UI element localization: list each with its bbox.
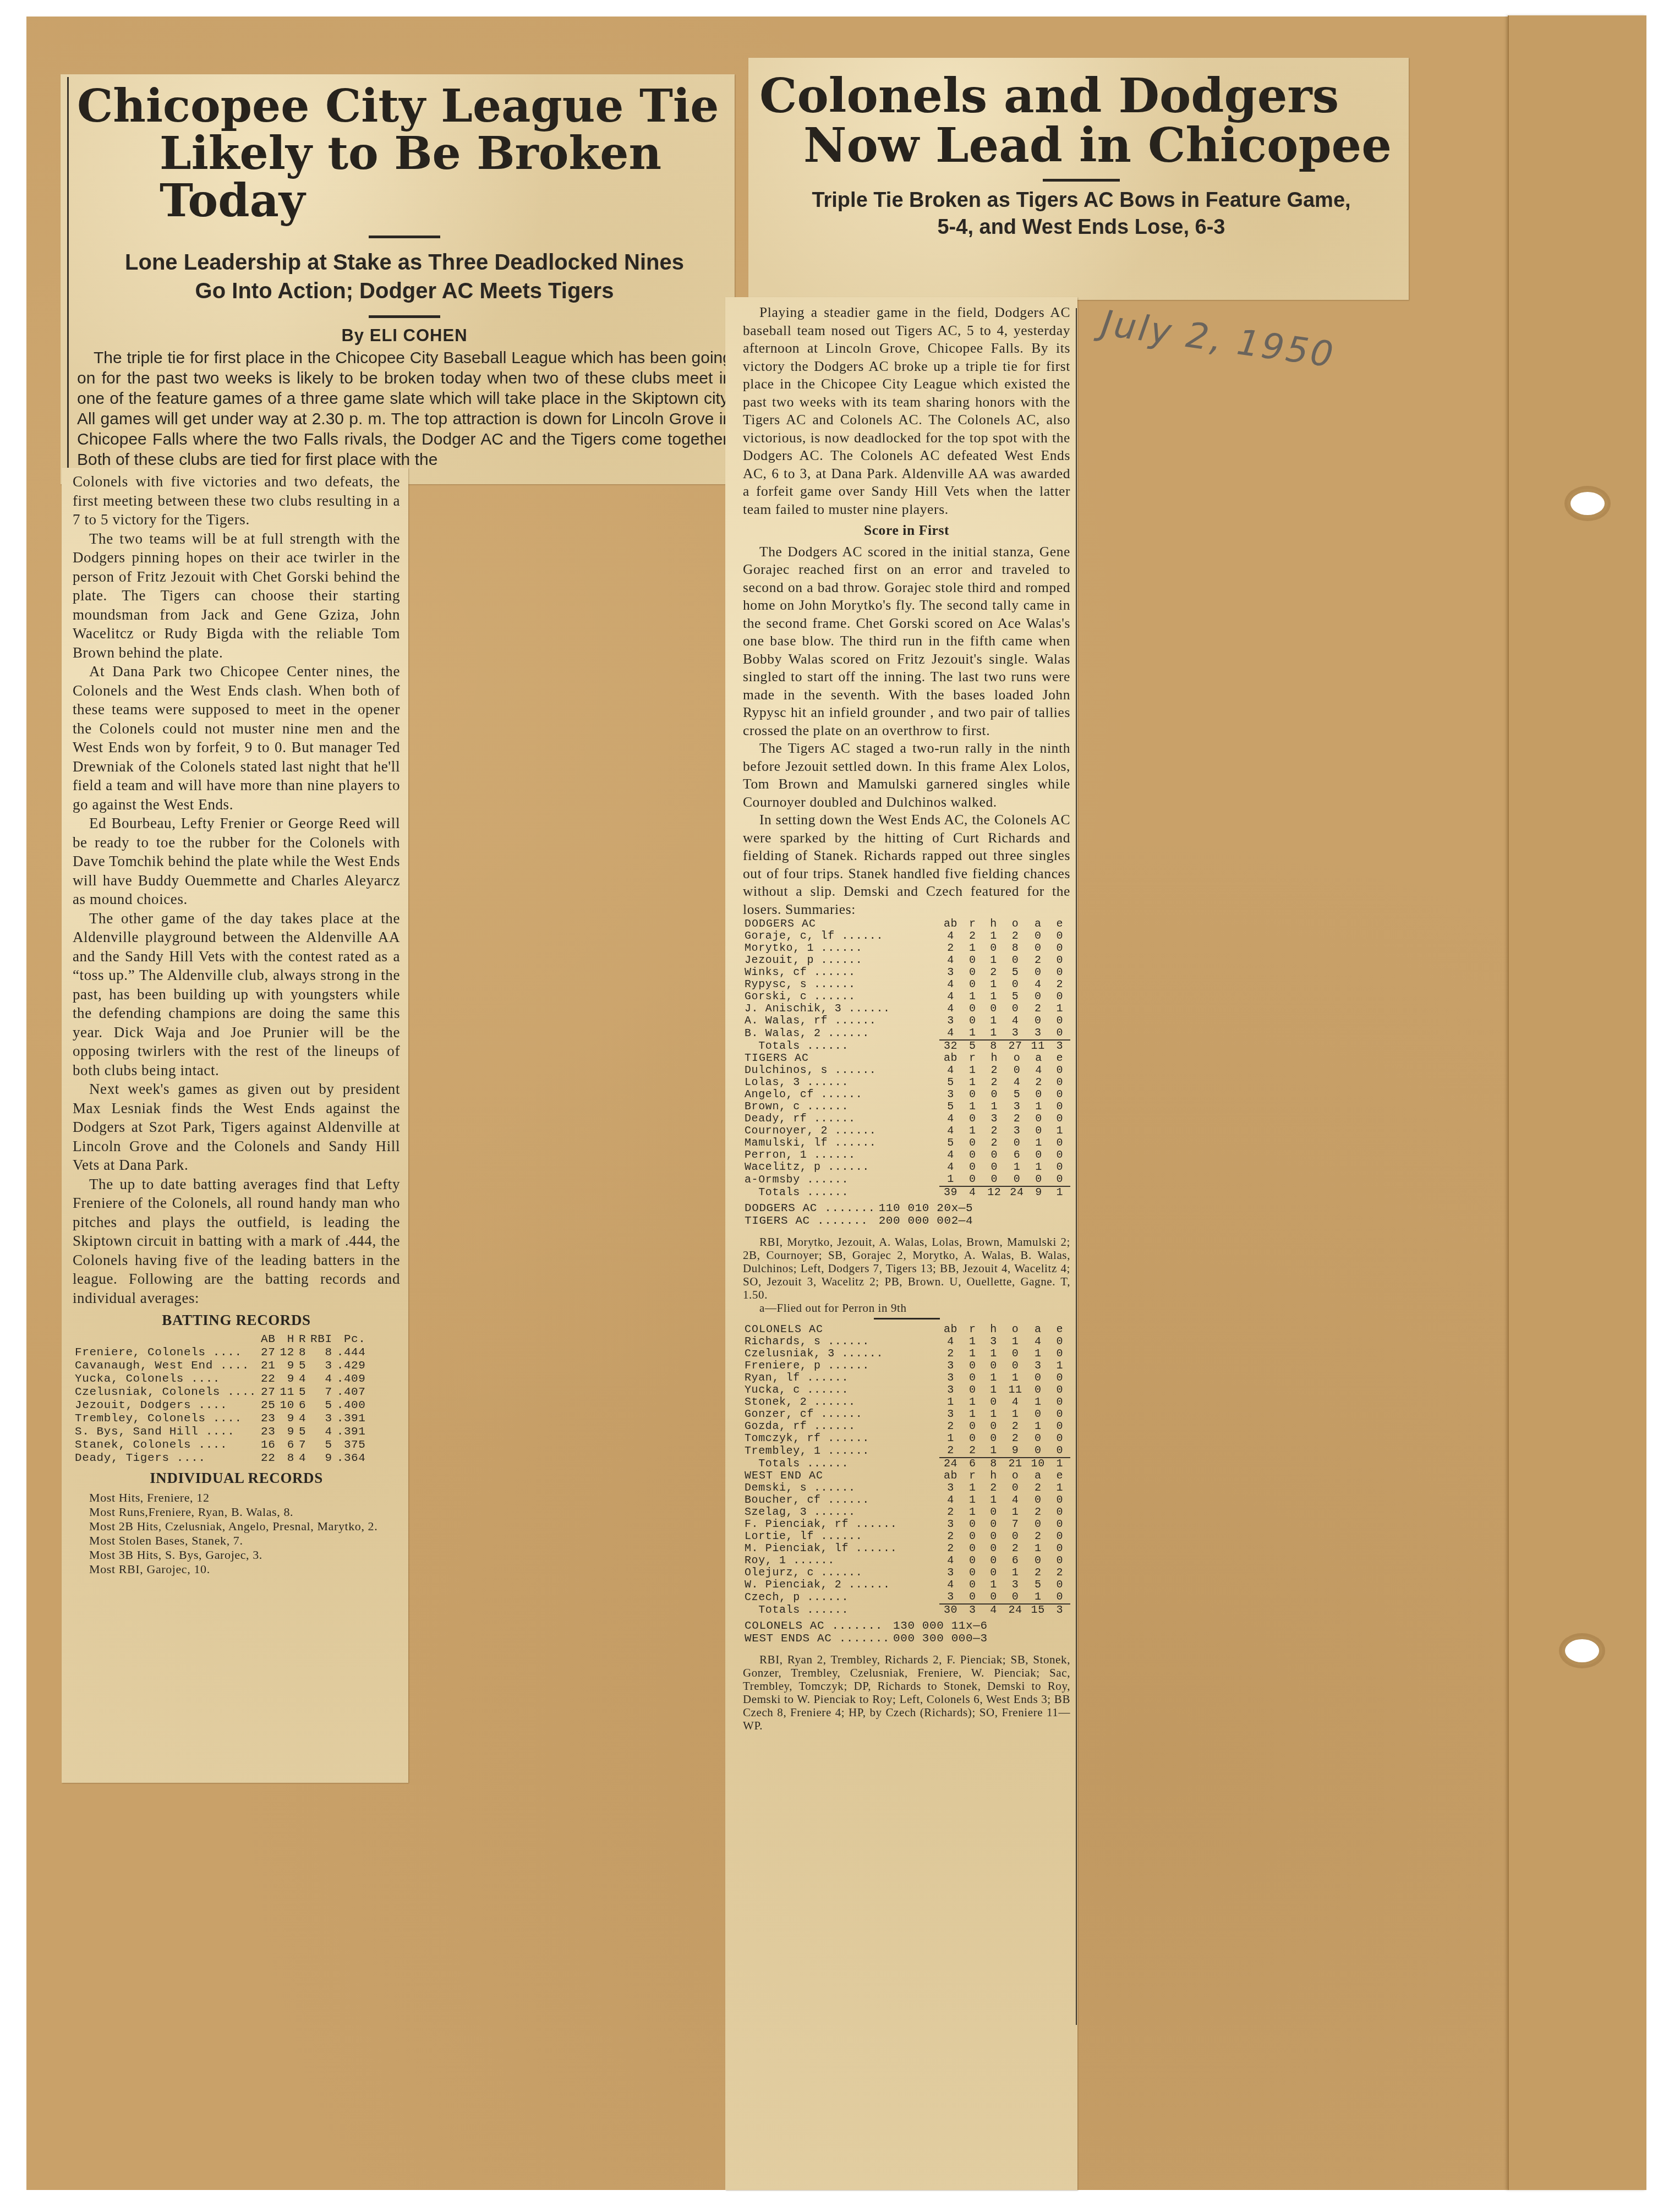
player-name: W. Pienciak, 2 ...... [743,1579,939,1591]
stat-h: 10 [277,1399,296,1412]
total-value: 12 [983,1186,1005,1199]
byline: By ELI COHEN [77,326,732,346]
article-paragraph: The Tigers AC staged a two-run rally in … [743,740,1070,811]
stat-value: 0 [1027,930,1049,943]
total-value: 6 [962,1458,983,1470]
totals-label: Totals ...... [743,1186,939,1199]
stat-value: 0 [1004,1591,1027,1604]
stat-value: 0 [983,1421,1004,1433]
total-value: 9 [1028,1186,1049,1199]
stat-value: 0 [962,1421,983,1433]
stat-h: 9 [277,1426,296,1439]
stat-value: 0 [983,1089,1005,1101]
table-row: Cournoyer, 2 ......412301 [743,1125,1070,1137]
stat-value: 1 [983,930,1004,943]
stat-value: 1 [962,1494,983,1507]
table-row: Jezouit, p ......401020 [743,955,1070,967]
innings: 130 000 11x—6 [891,1620,989,1633]
total-value: 8 [983,1040,1004,1053]
total-value: 21 [1004,1458,1027,1470]
stat-ab: 23 [259,1412,277,1426]
right-column-rule [1076,308,1077,2025]
total-value: 24 [1004,1604,1027,1617]
stat-value: 0 [1049,1409,1070,1421]
stat-value: 1 [962,1397,983,1409]
stat-value: 3 [939,1591,962,1604]
player-name: S. Bys, Sand Hill .... [73,1426,259,1439]
stat-value: 1 [983,1445,1004,1458]
stat-value: 0 [1027,1384,1049,1397]
stat-value: 1 [1004,1507,1027,1519]
table-row: Winks, cf ......302500 [743,967,1070,979]
player-name: Jezouit, p ...... [743,955,939,967]
stat-value: 1 [983,979,1004,991]
stat-value: 2 [962,1445,983,1458]
batting-records-table: ABHRRBIPc.Freniere, Colonels ....271288.… [73,1333,368,1465]
stat-value: 0 [983,1555,1004,1567]
stat-value: 1 [962,1077,983,1089]
stat-value: 1 [983,1348,1004,1360]
total-value: 30 [939,1604,962,1617]
stat-value: 0 [1049,991,1070,1003]
subhead-score-in-first: Score in First [743,522,1070,540]
column-header: h [983,1324,1004,1336]
stat-value: 4 [939,991,962,1003]
stat-value: 6 [1005,1149,1028,1162]
player-name: J. Anischik, 3 ...... [743,1003,939,1015]
stat-value: 2 [939,1421,962,1433]
stat-value: 0 [1049,1372,1070,1384]
table-row: Olejurz, c ......300122 [743,1567,1070,1579]
stat-value: 4 [939,930,962,943]
divider [369,236,440,238]
team-name: COLONELS AC [743,1324,939,1336]
total-value: 10 [1027,1458,1049,1470]
player-name: Deady, Tigers .... [73,1452,259,1465]
stat-value: 0 [962,1137,983,1149]
column-header: a [1027,918,1049,930]
stat-value: 0 [983,1360,1004,1372]
column-header: Pc. [335,1333,368,1346]
article-paragraph: In setting down the West Ends AC, the Co… [743,811,1070,918]
table-row: Morytko, 1 ......210800 [743,943,1070,955]
stat-value: 3 [1005,1125,1028,1137]
table-row: Lolas, 3 ......512420 [743,1077,1070,1089]
stat-value: 3 [1004,1579,1027,1591]
table-row: Boucher, cf ......411400 [743,1494,1070,1507]
total-value: 32 [939,1040,962,1053]
column-header: o [1004,918,1027,930]
stat-value: 1 [962,1409,983,1421]
stat-value: 3 [939,1482,962,1494]
stat-value: 4 [1027,1336,1049,1348]
table-row: a-Ormsby ......100000 [743,1174,1070,1186]
stat-pc: .407 [335,1386,368,1399]
total-value: 27 [1004,1040,1027,1053]
stat-value: 2 [1004,1433,1027,1445]
line-score: COLONELS AC .......130 000 11x—6WEST END… [743,1620,989,1645]
table-row: M. Pienciak, lf ......200210 [743,1543,1070,1555]
column-header: e [1049,1470,1070,1482]
stat-value: 0 [1004,1003,1027,1015]
column-header: a [1027,1470,1049,1482]
binder-hole-top [1567,489,1608,518]
table-row: Ryan, lf ......301100 [743,1372,1070,1384]
table-row: Czelusniak, 3 ......211010 [743,1348,1070,1360]
table-row: Gonzer, cf ......311100 [743,1409,1070,1421]
divider [369,315,440,318]
box-score-header: WEST END ACabrhoae [743,1470,1070,1482]
team-name: COLONELS AC ....... [743,1620,891,1633]
stat-value: 4 [939,1027,962,1040]
stat-value: 4 [1005,1077,1028,1089]
stat-value: 0 [1049,1591,1070,1604]
stat-value: 1 [1005,1162,1028,1174]
stat-ab: 23 [259,1426,277,1439]
stat-value: 0 [1049,1579,1070,1591]
stat-value: 4 [939,1003,962,1015]
stat-ab: 22 [259,1452,277,1465]
stat-value: 0 [1004,955,1027,967]
stat-value: 0 [983,1433,1004,1445]
stat-value: 1 [1028,1137,1049,1149]
divider [874,1318,940,1319]
player-name: Dulchinos, s ...... [743,1065,939,1077]
player-name: Goraje, c, lf ...... [743,930,939,943]
column-header: RBI [308,1333,335,1346]
stat-value: 3 [1027,1027,1049,1040]
stat-value: 0 [983,1397,1004,1409]
total-value: 24 [1005,1186,1028,1199]
stat-value: 3 [939,1015,962,1027]
stat-value: 0 [983,1567,1004,1579]
stat-value: 0 [962,1089,983,1101]
stat-value: 3 [939,1360,962,1372]
stat-value: 0 [962,1555,983,1567]
stat-value: 2 [983,1137,1005,1149]
stat-value: 0 [1049,955,1070,967]
column-header: H [277,1333,296,1346]
stat-rbi: 4 [308,1373,335,1386]
team-name: WEST ENDS AC ....... [743,1633,891,1645]
stat-value: 0 [1049,1015,1070,1027]
stat-value: 0 [1028,1174,1049,1186]
stat-value: 0 [1049,930,1070,943]
stat-value: 0 [983,1003,1004,1015]
record-item: Most 2B Hits, Czelusniak, Angelo, Presna… [73,1519,400,1534]
player-name: Roy, 1 ...... [743,1555,939,1567]
stat-value: 0 [962,1531,983,1543]
stat-value: 1 [1049,1125,1070,1137]
player-name: Wacelitz, p ...... [743,1162,939,1174]
right-article-header: Colonels and Dodgers Now Lead in Chicope… [759,72,1403,241]
stat-ab: 16 [259,1439,277,1452]
binding-flap [1508,15,1646,2190]
stat-value: 5 [1004,991,1027,1003]
stat-value: 0 [1049,1543,1070,1555]
record-item: Most 3B Hits, S. Bys, Garojec, 3. [73,1548,400,1562]
stat-r: 5 [297,1360,308,1373]
stat-value: 2 [983,1077,1005,1089]
stat-value: 4 [939,1113,962,1125]
column-header: r [962,918,983,930]
player-name: Jezouit, Dodgers .... [73,1399,259,1412]
stat-value: 0 [1004,1482,1027,1494]
stat-value: 0 [1049,1113,1070,1125]
stat-value: 0 [962,955,983,967]
stat-value: 1 [962,1065,983,1077]
table-row: Wacelitz, p ......400110 [743,1162,1070,1174]
stat-rbi: 8 [308,1346,335,1360]
record-item: Most Runs,Freniere, Ryan, B. Walas, 8. [73,1505,400,1519]
stat-value: 0 [1049,1336,1070,1348]
stat-value: 0 [962,1149,983,1162]
stat-ab: 27 [259,1386,277,1399]
stat-pc: .391 [335,1412,368,1426]
table-row: Richards, s ......413140 [743,1336,1070,1348]
player-name: Lortie, lf ...... [743,1531,939,1543]
stat-value: 2 [939,1531,962,1543]
total-value: 39 [939,1186,962,1199]
box-score-tigers-ac: TIGERS ACabrhoaeDulchinos, s ......41204… [743,1053,1070,1199]
stat-value: 0 [962,967,983,979]
total-value: 1 [1049,1458,1070,1470]
column-header: o [1004,1324,1027,1336]
table-row: Rypysc, s ......401042 [743,979,1070,991]
stat-value: 0 [1049,1137,1070,1149]
total-value: 1 [1049,1186,1070,1199]
total-value: 3 [962,1604,983,1617]
stat-value: 0 [1049,1384,1070,1397]
stat-value: 4 [939,1555,962,1567]
stat-value: 1 [939,1397,962,1409]
player-name: Olejurz, c ...... [743,1567,939,1579]
stat-value: 4 [1004,1397,1027,1409]
stat-value: 0 [1049,1531,1070,1543]
stat-value: 2 [939,1507,962,1519]
player-name: Winks, cf ...... [743,967,939,979]
left-headline-line2: Likely to Be Broken Today [77,130,732,225]
player-name: Lolas, 3 ...... [743,1077,939,1089]
stat-value: 0 [1049,1519,1070,1531]
stat-value: 0 [1028,1113,1049,1125]
right-subhead-line1: Triple Tie Broken as Tigers AC Bows in F… [759,187,1403,214]
stat-value: 0 [1004,1348,1027,1360]
stat-pc: .400 [335,1399,368,1412]
stat-ab: 27 [259,1346,277,1360]
totals-label: Totals ...... [743,1040,939,1053]
article-paragraph: Ed Bourbeau, Lefty Frenier or George Ree… [73,814,400,909]
column-header: R [297,1333,308,1346]
column-header: r [962,1053,983,1065]
article-paragraph: The up to date batting averages find tha… [73,1175,400,1308]
stat-value: 1 [983,991,1004,1003]
stat-value: 0 [1049,1077,1070,1089]
stat-pc: .429 [335,1360,368,1373]
stat-value: 1 [983,1579,1004,1591]
table-row: Czech, p ......300010 [743,1591,1070,1604]
stat-pc: .444 [335,1346,368,1360]
player-name: Tomczyk, rf ...... [743,1433,939,1445]
record-item: Most Stolen Bases, Stanek, 7. [73,1534,400,1548]
player-name: Freniere, Colonels .... [73,1346,259,1360]
stat-value: 1 [983,1494,1004,1507]
column-header: ab [939,1470,962,1482]
stat-value: 2 [1027,1507,1049,1519]
column-header: h [983,1470,1004,1482]
game-summary: RBI, Ryan 2, Trembley, Richards 2, F. Pi… [743,1653,1070,1732]
stat-value: 0 [983,1174,1005,1186]
stat-h: 11 [277,1386,296,1399]
player-name: Gonzer, cf ...... [743,1409,939,1421]
stat-value: 0 [962,1113,983,1125]
stat-rbi: 9 [308,1452,335,1465]
stat-value: 0 [983,1162,1005,1174]
total-value: 3 [1049,1604,1070,1617]
stat-value: 2 [939,943,962,955]
stat-rbi: 7 [308,1386,335,1399]
table-row: Mamulski, lf ......502010 [743,1137,1070,1149]
stat-value: 1 [1004,1409,1027,1421]
player-name: Mamulski, lf ...... [743,1137,939,1149]
table-row: Stonek, 2 ......110410 [743,1397,1070,1409]
stat-pc: 375 [335,1439,368,1452]
player-name: a-Ormsby ...... [743,1174,939,1186]
stat-value: 0 [1049,1027,1070,1040]
stat-value: 1 [983,1409,1004,1421]
line-score: DODGERS AC .......110 010 20x—5TIGERS AC… [743,1202,975,1228]
stat-r: 6 [297,1399,308,1412]
total-value: 11 [1027,1040,1049,1053]
stat-value: 0 [962,979,983,991]
stat-value: 3 [939,1409,962,1421]
stat-value: 0 [1049,1149,1070,1162]
stat-ab: 22 [259,1373,277,1386]
stat-value: 1 [962,1482,983,1494]
stat-value: 1 [962,1348,983,1360]
stat-value: 9 [1004,1445,1027,1458]
player-name: Stanek, Colonels .... [73,1439,259,1452]
totals-label: Totals ...... [743,1604,939,1617]
article-paragraph: The Dodgers AC scored in the initial sta… [743,543,1070,740]
table-row: W. Pienciak, 2 ......401350 [743,1579,1070,1591]
column-header: e [1049,918,1070,930]
stat-value: 0 [1049,1421,1070,1433]
column-header: e [1049,1053,1070,1065]
stat-r: 4 [297,1373,308,1386]
stat-value: 4 [1004,1015,1027,1027]
stat-value: 0 [1004,979,1027,991]
stat-value: 3 [939,967,962,979]
stat-value: 1 [962,1507,983,1519]
stat-value: 1 [983,1015,1004,1027]
stat-value: 0 [1049,943,1070,955]
stat-value: 4 [939,1336,962,1348]
player-name: Yucka, Colonels .... [73,1373,259,1386]
column-header: r [962,1324,983,1336]
stat-value: 1 [1027,1591,1049,1604]
column-header: a [1028,1053,1049,1065]
stat-value: 0 [983,1149,1005,1162]
column-header: AB [259,1333,277,1346]
player-name: Trembley, Colonels .... [73,1412,259,1426]
table-row: Szelag, 3 ......210120 [743,1507,1070,1519]
stat-value: 0 [962,1360,983,1372]
stat-value: 2 [962,930,983,943]
stat-rbi: 3 [308,1412,335,1426]
stat-value: 0 [1004,1360,1027,1372]
stat-value: 0 [1049,1445,1070,1458]
stat-value: 1 [1027,1421,1049,1433]
stat-value: 4 [939,1149,962,1162]
table-row: Cavanaugh, West End ....21953.429 [73,1360,368,1373]
table-row: Gorski, c ......411500 [743,991,1070,1003]
stat-value: 0 [983,943,1004,955]
stat-rbi: 3 [308,1360,335,1373]
stat-value: 2 [1027,1567,1049,1579]
stat-value: 0 [1049,1397,1070,1409]
stat-r: 5 [297,1386,308,1399]
totals-row: Totals ......303424153 [743,1604,1070,1617]
stat-value: 6 [1004,1555,1027,1567]
stat-h: 9 [277,1373,296,1386]
article-paragraph: At Dana Park two Chicopee Center nines, … [73,662,400,814]
stat-value: 0 [1049,1555,1070,1567]
stat-value: 1 [1049,1482,1070,1494]
stat-pc: .364 [335,1452,368,1465]
article-paragraph: The other game of the day takes place at… [73,909,400,1080]
stat-value: 1 [1049,1360,1070,1372]
stat-value: 2 [939,1445,962,1458]
stat-value: 0 [962,1519,983,1531]
column-header: h [983,918,1004,930]
box-score-header: DODGERS ACabrhoae [743,918,1070,930]
table-row: A. Walas, rf ......301400 [743,1015,1070,1027]
stat-value: 1 [983,1101,1005,1113]
innings: 110 010 20x—5 [877,1202,975,1215]
stat-h: 9 [277,1412,296,1426]
stat-value: 3 [1004,1027,1027,1040]
stat-value: 2 [1027,1003,1049,1015]
left-article-header: Chicopee City League Tie Likely to Be Br… [77,83,732,470]
stat-value: 2 [983,1125,1005,1137]
player-name: A. Walas, rf ...... [743,1015,939,1027]
table-row: S. Bys, Sand Hill ....23954.391 [73,1426,368,1439]
stat-value: 1 [1004,1567,1027,1579]
stat-value: 1 [983,1384,1004,1397]
column-header: ab [939,1053,962,1065]
table-row: Trembley, Colonels ....23943.391 [73,1412,368,1426]
stat-value: 3 [1005,1101,1028,1113]
table-row: Lortie, lf ......200020 [743,1531,1070,1543]
box-score-colonels-ac: COLONELS ACabrhoaeRichards, s ......4131… [743,1324,1070,1470]
stat-value: 1 [939,1174,962,1186]
stat-value: 0 [983,1591,1004,1604]
stat-value: 0 [1049,1101,1070,1113]
player-name: Angelo, cf ...... [743,1089,939,1101]
stat-r: 4 [297,1412,308,1426]
totals-label: Totals ...... [743,1458,939,1470]
player-name: Cournoyer, 2 ...... [743,1125,939,1137]
table-row: Yucka, c ......3011100 [743,1384,1070,1397]
table-row: Stanek, Colonels ....16675375 [73,1439,368,1452]
stat-value: 1 [962,1027,983,1040]
table-row: Tomczyk, rf ......100200 [743,1433,1070,1445]
stat-value: 1 [1027,1543,1049,1555]
individual-records-title: INDIVIDUAL RECORDS [73,1469,400,1488]
stat-value: 4 [1027,979,1049,991]
stat-value: 3 [1027,1360,1049,1372]
